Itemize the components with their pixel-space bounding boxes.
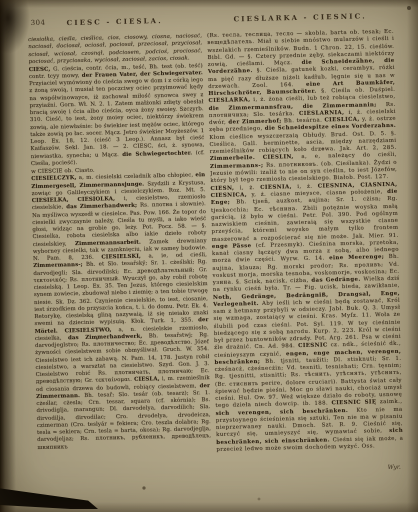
running-head-right: CIESLARKA - CIESNIC. bbox=[207, 11, 394, 24]
book-gutter-shadow bbox=[0, 0, 16, 512]
page-edge-right bbox=[407, 0, 418, 512]
paragraph: CIESC, G. cieścia, contr. ćcia, m., teść… bbox=[29, 63, 205, 168]
page-content: 304 CIESC - CIESLA. CIESLARKA - CIESNIC.… bbox=[0, 0, 418, 512]
running-head-left: CIESC - CIESLA. bbox=[28, 15, 202, 28]
paragraph: CIESN, i, ż. CIESNIA, i, ż. CIESNINA, CI… bbox=[210, 181, 403, 453]
column-right: (Rs. тесла, теслица, тесло — skobla, bar… bbox=[207, 29, 404, 470]
page-edge-top bbox=[0, 0, 418, 8]
column-left: ciesiołka, cieśla, cieślica, cios, cioso… bbox=[28, 33, 212, 474]
paragraph: (Rs. тесла, теслица, тесло — skobla, bar… bbox=[207, 29, 397, 185]
paragraph: ciesiołka, cieśla, cieślica, cios, cioso… bbox=[28, 33, 203, 66]
scanned-dictionary-page: 304 CIESC - CIESLA. CIESLARKA - CIESNIC.… bbox=[0, 0, 418, 512]
paper-specks bbox=[0, 0, 2, 2]
paragraph: CIESIELCZYK, a, m. ciesielski czeladnik … bbox=[31, 172, 211, 451]
